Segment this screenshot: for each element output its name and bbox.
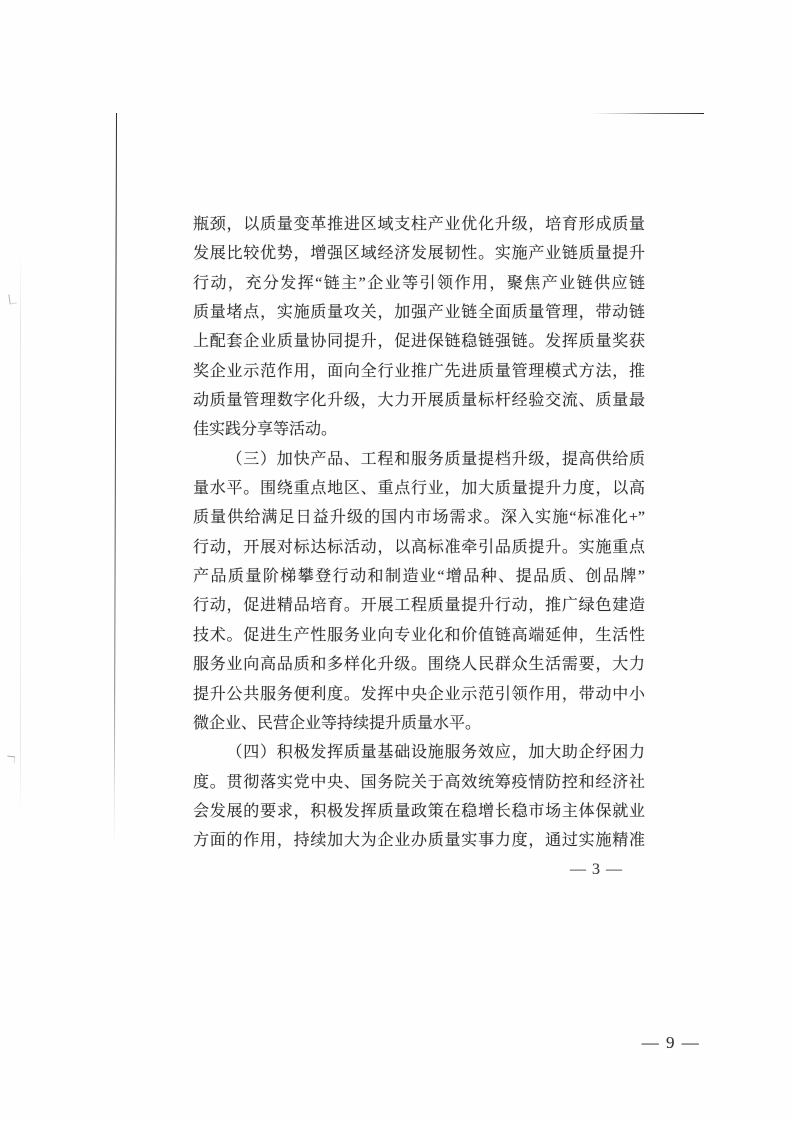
text-line: 质量供给满足日益升级的国内市场需求。深入实施“标准化+”	[193, 503, 645, 532]
text-line: 瓶颈，以质量变革推进区域支柱产业优化升级，培育形成质量	[193, 210, 645, 239]
text-line: 发展比较优势，增强区域经济发展韧性。实施产业链质量提升	[193, 239, 645, 268]
page-number-inner: — 3 —	[193, 855, 645, 884]
text-line: 量水平。围绕重点地区、重点行业，加大质量提升力度，以高	[193, 474, 645, 503]
text-line: （三）加快产品、工程和服务质量提档升级，提高供给质	[193, 445, 645, 474]
document-text-block: 瓶颈，以质量变革推进区域支柱产业优化升级，培育形成质量发展比较优势，增强区域经济…	[193, 210, 645, 856]
text-line: 度。贯彻落实党中央、国务院关于高效统筹疫情防控和经济社	[193, 768, 645, 797]
scan-speck-artifact	[7, 756, 16, 764]
text-line: 方面的作用，持续加大为企业办质量实事力度，通过实施精准	[193, 826, 645, 855]
text-line: 提升公共服务便利度。发挥中央企业示范引领作用，带动中小	[193, 680, 645, 709]
text-line: 动质量管理数字化升级，大力开展质量标杆经验交流、质量最	[193, 386, 645, 415]
text-line: 会发展的要求，积极发挥质量政策在稳增长稳市场主体保就业	[193, 797, 645, 826]
scan-border-left-line	[114, 113, 118, 850]
text-line: 行动，促进精品培育。开展工程质量提升行动，推广绿色建造	[193, 591, 645, 620]
text-line: 质量堵点，实施质量攻关，加强产业链全面质量管理，带动链	[193, 298, 645, 327]
scan-streak-artifact	[20, 255, 21, 815]
text-line: 行动，开展对标达标活动，以高标准牵引品质提升。实施重点	[193, 533, 645, 562]
text-line: 佳实践分享等活动。	[193, 415, 645, 444]
page-number-outer: — 9 —	[633, 1030, 709, 1056]
scanned-document-page: 瓶颈，以质量变革推进区域支柱产业优化升级，培育形成质量发展比较优势，增强区域经济…	[0, 0, 793, 1121]
text-line: 服务业向高品质和多样化升级。围绕人民群众生活需要，大力	[193, 650, 645, 679]
text-line: 奖企业示范作用，面向全行业推广先进质量管理模式方法，推	[193, 357, 645, 386]
text-line: 产品质量阶梯攀登行动和制造业“增品种、提品质、创品牌”	[193, 562, 645, 591]
scan-speck-artifact	[8, 294, 16, 305]
text-line: 技术。促进生产性服务业向专业化和价值链高端延伸，生活性	[193, 621, 645, 650]
text-line: （四）积极发挥质量基础设施服务效应，加大助企纾困力	[193, 738, 645, 767]
text-line: 行动，充分发挥“链主”企业等引领作用，聚焦产业链供应链	[193, 269, 645, 298]
text-line: 上配套企业质量协同提升，促进保链稳链强链。发挥质量奖获	[193, 327, 645, 356]
scan-border-top-line	[591, 113, 704, 114]
text-line: 微企业、民营企业等持续提升质量水平。	[193, 709, 645, 738]
